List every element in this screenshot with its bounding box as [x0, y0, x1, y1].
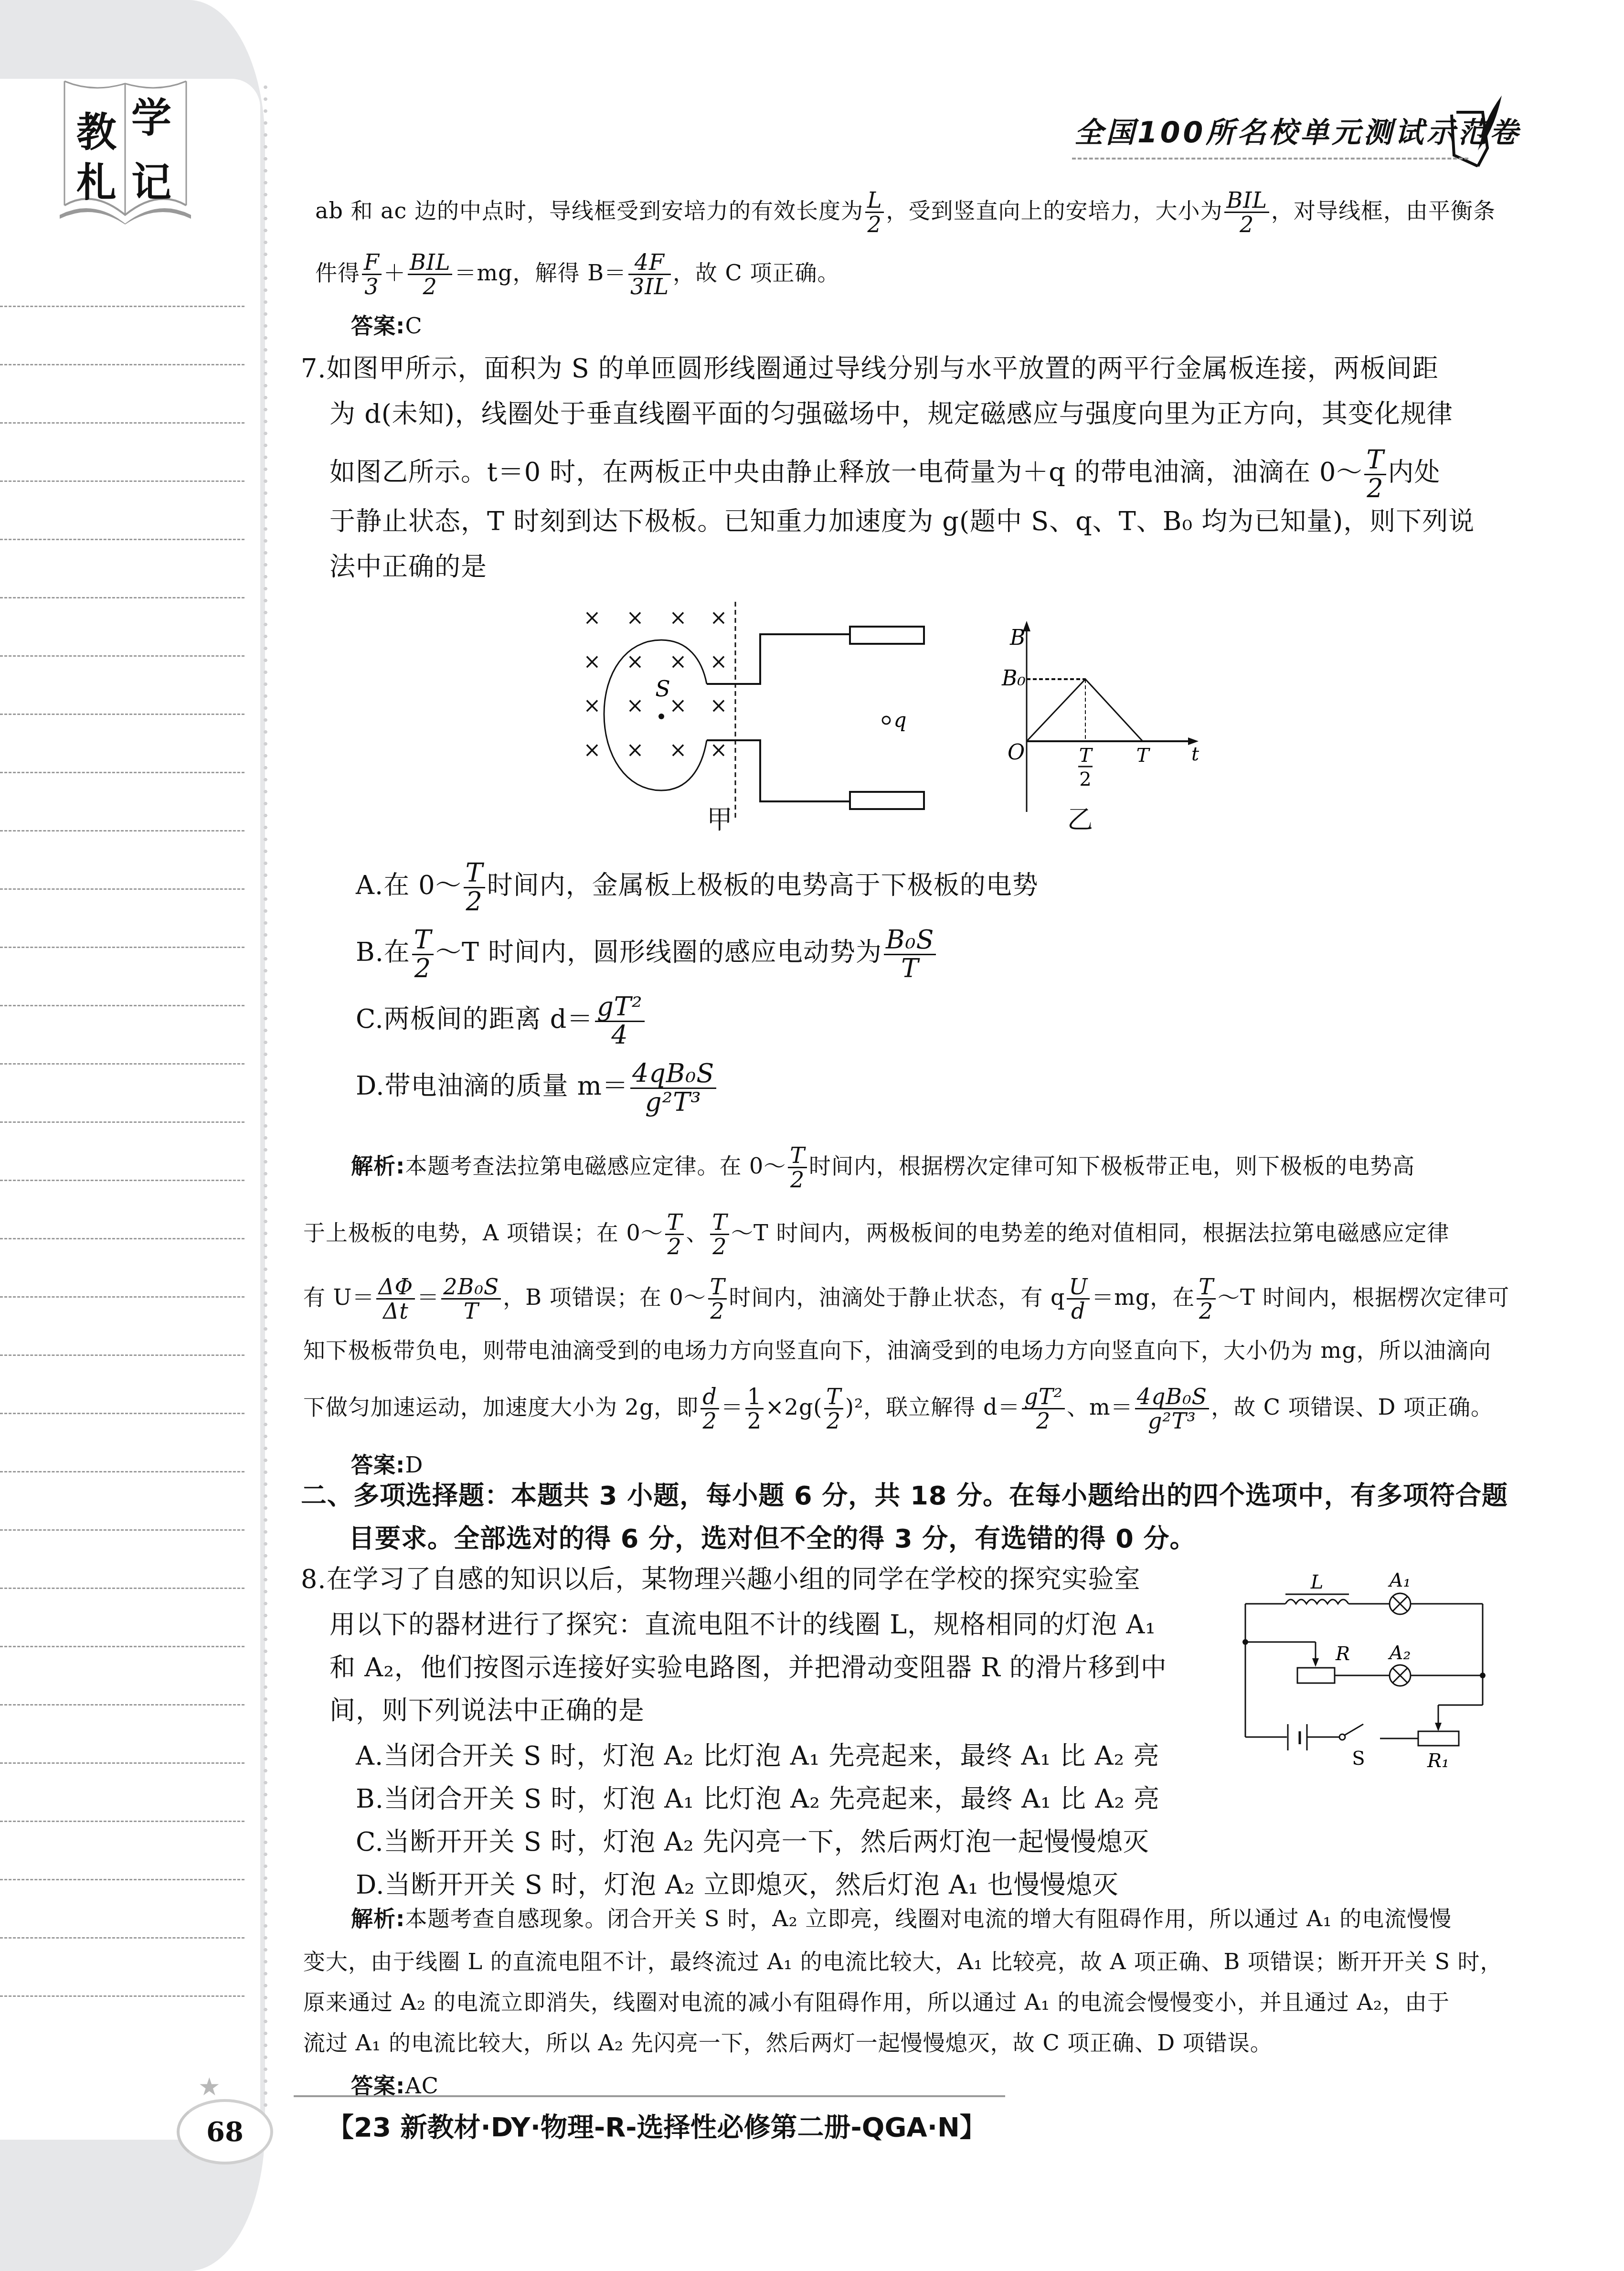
note-line [0, 422, 244, 424]
q8-analysis-line: 流过 A₁ 的电流比较大，所以 A₂ 先闪亮一下，然后两灯一起慢慢熄灭，故 C … [303, 2030, 1273, 2056]
q7-stem-line: 如图乙所示。t＝0 时，在两板正中央由静止释放一电荷量为＋q 的带电油滴，油滴在… [329, 447, 1441, 502]
q8-analysis-line: 变大，由于线圈 L 的直流电阻不计，最终流过 A₁ 的电流比较大，A₁ 比较亮，… [303, 1949, 1503, 1975]
series-title: 全国100所名校单元测试示范卷 [1074, 110, 1456, 153]
q8-stem-line: 间，则下列说法中正确的是 [329, 1695, 645, 1727]
note-line [0, 1588, 244, 1589]
note-line [0, 947, 244, 948]
note-line [0, 1995, 244, 1997]
svg-text:B₀: B₀ [1001, 666, 1026, 691]
logo-char: 教 [76, 112, 117, 152]
svg-text:t: t [1191, 743, 1199, 765]
svg-text:L: L [1310, 1571, 1324, 1593]
q7-stem-line: 于静止状态，T 时刻到达下极板。已知重力加速度为 g(题中 S、q、T、B₀ 均… [329, 506, 1475, 537]
svg-text:×: × [584, 606, 601, 630]
q8-stem-line: 8.在学习了自感的知识以后，某物理兴趣小组的同学在学校的探究实验室 [301, 1564, 1141, 1595]
footer-divider [294, 2095, 1005, 2097]
note-line [0, 1238, 244, 1239]
q7-analysis-line: 下做匀加速运动，加速度大小为 2g，即d2＝12×2g(T2)²，联立解得 d＝… [303, 1385, 1493, 1433]
inductor-coil [1285, 1599, 1348, 1604]
note-line [0, 1005, 244, 1006]
svg-text:T: T [1079, 745, 1093, 767]
svg-text:S: S [1352, 1748, 1365, 1770]
q7-analysis-line: 于上极板的电势，A 项错误；在 0～T2、T2～T 时间内，两极板间的电势差的绝… [303, 1211, 1449, 1258]
q7-option-c[interactable]: C.两板间的距离 d＝gT²4 [356, 993, 647, 1049]
switch-s [1339, 1734, 1345, 1740]
q7-option-d[interactable]: D.带电油滴的质量 m＝4qB₀Sg²T³ [356, 1060, 718, 1116]
svg-text:×: × [626, 738, 644, 762]
svg-text:×: × [710, 738, 728, 762]
q7-stem-line: 法中正确的是 [329, 552, 487, 583]
note-line [0, 1937, 244, 1939]
note-line [0, 539, 244, 540]
svg-text:×: × [710, 693, 728, 718]
svg-text:R: R [1335, 1643, 1350, 1665]
page-number-badge: 68 [177, 2099, 273, 2164]
svg-text:×: × [669, 606, 687, 630]
svg-text:O: O [1008, 740, 1025, 765]
q8-stem-line: 和 A₂，他们按图示连接好实验电路图，并把滑动变阻器 R 的滑片移到中 [329, 1653, 1167, 1684]
svg-text:A₁: A₁ [1388, 1569, 1411, 1591]
note-line [0, 1413, 244, 1414]
q7-option-a[interactable]: A.在 0～T2时间内，金属板上极板的电势高于下极板的电势 [356, 860, 1039, 915]
notes-margin [0, 79, 260, 2140]
svg-text:×: × [710, 606, 728, 630]
note-line [0, 772, 244, 773]
rheostat-r1 [1418, 1731, 1459, 1746]
question-number: 8. [301, 1564, 327, 1594]
note-line [0, 1180, 244, 1181]
q7-option-b[interactable]: B.在T2～T 时间内，圆形线圈的感应电动势为B₀ST [356, 927, 938, 982]
svg-text:×: × [626, 650, 644, 674]
svg-text:×: × [584, 738, 601, 762]
svg-text:S: S [655, 676, 670, 702]
prev-solution-line: 件得F3＋BIL2＝mg，解得 B＝4F3IL，故 C 项正确。 [315, 251, 839, 299]
prev-answer: 答案:C [351, 313, 423, 339]
q7-analysis-line: 有 U＝ΔΦΔt＝2B₀ST，B 项错误；在 0～T2时间内，油滴处于静止状态，… [303, 1275, 1509, 1323]
figure-jia-coil-plates: ×××× ×××× ×××× ×××× S q [563, 602, 936, 823]
note-line [0, 1063, 244, 1065]
q8-option-b[interactable]: B.当闭合开关 S 时，灯泡 A₁ 比灯泡 A₂ 先亮起来，最终 A₁ 比 A₂… [356, 1784, 1160, 1815]
q8-option-d[interactable]: D.当断开开关 S 时，灯泡 A₂ 立即熄灭，然后灯泡 A₁ 也慢慢熄灭 [356, 1870, 1119, 1901]
q8-analysis-line: 解析:本题考查自感现象。闭合开关 S 时，A₂ 立即亮，线圈对电流的增大有阻碍作… [351, 1906, 1452, 1932]
svg-text:A₂: A₂ [1388, 1642, 1411, 1664]
svg-text:×: × [669, 738, 687, 762]
figure-yi-b-t-graph: B B₀ O T 2 T t [998, 621, 1203, 823]
star-icon: ★ [198, 2073, 221, 2101]
svg-text:×: × [669, 693, 687, 718]
svg-text:×: × [710, 650, 728, 674]
svg-text:×: × [626, 606, 644, 630]
note-line [0, 1296, 244, 1298]
svg-text:R₁: R₁ [1427, 1750, 1449, 1772]
section-heading: 二、多项选择题：本题共 3 小题，每小题 6 分，共 18 分。在每小题给出的四… [301, 1481, 1508, 1512]
margin-dotted-divider [264, 81, 267, 2140]
svg-text:×: × [584, 693, 601, 718]
q7-answer: 答案:D [351, 1452, 423, 1478]
book-code: 【23 新教材·DY·物理-R-选择性必修第二册-QGA·N】 [327, 2106, 987, 2144]
q8-stem-line: 用以下的器材进行了探究：直流电阻不计的线圈 L，规格相同的灯泡 A₁ [329, 1610, 1156, 1641]
note-line [0, 364, 244, 365]
note-line [0, 306, 244, 307]
q7-stem-line: 为 d(未知)，线圈处于垂直线圈平面的匀强磁场中，规定磁感应与强度向里为正方向，… [329, 399, 1453, 430]
figure-yi-caption: 乙 [1067, 805, 1093, 836]
logo-char: 札 [76, 162, 117, 203]
note-line [0, 1879, 244, 1880]
section-heading: 目要求。全部选对的得 6 分，选对但不全的得 3 分，有选错的得 0 分。 [349, 1524, 1196, 1555]
teaching-notes-logo: 教 学 札 记 [60, 72, 191, 224]
figure-jia-caption: 甲 [707, 805, 733, 836]
note-line [0, 1529, 244, 1531]
svg-text:B: B [1009, 626, 1025, 650]
note-line [0, 1704, 244, 1706]
page-number: 68 [180, 2116, 270, 2148]
svg-text:q: q [894, 708, 907, 732]
note-line [0, 1354, 244, 1356]
q8-option-a[interactable]: A.当闭合开关 S 时，灯泡 A₂ 比灯泡 A₁ 先亮起来，最终 A₁ 比 A₂… [356, 1741, 1159, 1772]
note-line [0, 1762, 244, 1764]
note-line [0, 597, 244, 598]
header-divider [1072, 158, 1468, 160]
note-line [0, 1121, 244, 1123]
q7-analysis-line: 解析:本题考查法拉第电磁感应定律。在 0～T2时间内，根据楞次定律可知下极板带正… [351, 1144, 1415, 1192]
circuit-diagram: L A₁ R A₂ S R₁ [1232, 1567, 1499, 1779]
q8-option-c[interactable]: C.当断开开关 S 时，灯泡 A₂ 先闪亮一下，然后两灯泡一起慢慢熄灭 [356, 1827, 1149, 1858]
note-line [0, 655, 244, 657]
note-line [0, 1821, 244, 1822]
question-number: 7. [301, 353, 327, 384]
prev-solution-line: ab 和 ac 边的中点时，导线框受到安培力的有效长度为L2，受到竖直向上的安培… [315, 189, 1496, 236]
svg-text:T: T [1136, 745, 1151, 767]
svg-text:×: × [669, 650, 687, 674]
q8-analysis-line: 原来通过 A₂ 的电流立即消失，线圈对电流的减小有阻碍作用，所以通过 A₁ 的电… [303, 1989, 1450, 2015]
svg-text:×: × [626, 693, 644, 718]
svg-text:×: × [584, 650, 601, 674]
logo-char: 记 [131, 162, 171, 203]
note-line [0, 714, 244, 715]
q7-stem-line: 7.如图甲所示，面积为 S 的单匝圆形线圈通过导线分别与水平放置的两平行金属板连… [301, 353, 1439, 384]
note-line [0, 1646, 244, 1647]
note-line [0, 888, 244, 890]
logo-char: 学 [131, 98, 171, 138]
note-line [0, 480, 244, 482]
rheostat-r [1297, 1668, 1335, 1683]
q7-analysis-line: 知下极板带负电，则带电油滴受到的电场力方向竖直向下，油滴受到的电场力方向竖直向下… [303, 1337, 1491, 1364]
svg-text:2: 2 [1079, 768, 1091, 790]
note-line [0, 830, 244, 832]
note-line [0, 1471, 244, 1472]
